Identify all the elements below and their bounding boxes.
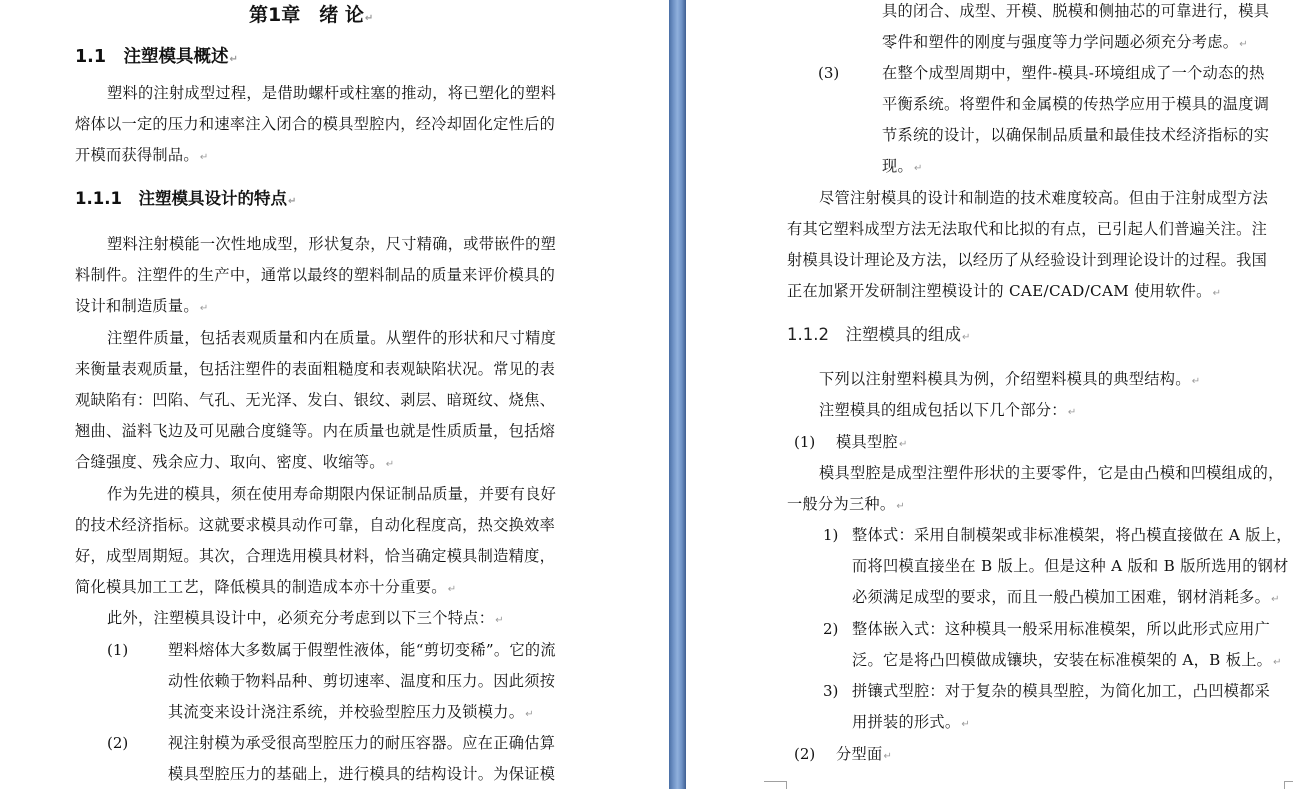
list-item-line: 现。↵ [882, 156, 923, 179]
list-item-line: 其流变来设计浇注系统，并校验型腔压力及锁模力。↵ [168, 702, 534, 725]
paragraph-line: 正在加紧开发研制注塑模设计的 CAE/CAD/CAM 使用软件。↵ [787, 281, 1221, 304]
margin-crop-mark [1284, 781, 1293, 789]
part-number: (1) [794, 432, 815, 452]
paragraph-line: 射模具设计理论及方法，以经历了从经验设计到理论设计的过程。我国 [787, 250, 1267, 270]
paragraph-line: 好，成型周期短。其次，合理选用模具材料，恰当确定模具制造精度， [75, 546, 555, 566]
paragraph-line: 翘曲、溢料飞边及可见融合度缝等。内在质量也就是性质质量，包括熔 [75, 421, 555, 441]
paragraph-line: 塑料的注射成型过程，是借助螺杆或柱塞的推动，将已塑化的塑料 [107, 83, 556, 103]
section-heading-1-1: 1.1 注塑模具概述↵ [75, 46, 238, 71]
document-page-right[interactable]: 具的闭合、成型、开模、脱模和侧抽芯的可靠进行，模具 零件和塑件的刚度与强度等力学… [686, 0, 1293, 789]
list-item-line: 动性依赖于物料品种、剪切速率、温度和压力。因此须按 [168, 671, 555, 691]
paragraph-line: 塑料注射模能一次性地成型，形状复杂，尺寸精确，或带嵌件的塑 [107, 234, 556, 254]
sub-list-line: 整体式：采用自制模架或非标准模架，将凸模直接做在 A 版上， [852, 525, 1292, 545]
section-heading-1-1-2: 1.1.2 注塑模具的组成↵ [787, 324, 970, 349]
list-item-line: 平衡系统。将塑件和金属模的传热学应用于模具的温度调 [882, 94, 1269, 114]
paragraph-line: 合缝强度、残余应力、取向、密度、收缩等。↵ [75, 452, 394, 475]
paragraph-line: 注塑件质量，包括表观质量和内在质量。从塑件的形状和尺寸精度 [107, 328, 556, 348]
chapter-title: 第1章 绪 论↵ [249, 3, 373, 31]
list-item-line: 零件和塑件的刚度与强度等力学问题必须充分考虑。↵ [882, 32, 1248, 55]
list-item-line: 塑料熔体大多数属于假塑性液体，能“剪切变稀”。它的流 [168, 640, 556, 660]
list-item-line: 具的闭合、成型、开模、脱模和侧抽芯的可靠进行，模具 [882, 1, 1269, 21]
part-title: 模具型腔↵ [836, 432, 908, 455]
list-number: (2) [107, 733, 128, 753]
list-item-line: 在整个成型周期中，塑件-模具-环境组成了一个动态的热 [882, 63, 1265, 83]
sub-list-number: 2) [823, 619, 838, 639]
sub-list-line: 必须满足成型的要求，而且一般凸模加工困难，钢材消耗多。↵ [852, 587, 1280, 610]
sub-list-number: 3) [823, 681, 838, 701]
list-item-line: 视注射模为承受很高型腔压力的耐压容器。应在正确估算 [168, 733, 555, 753]
paragraph-line: 设计和制造质量。↵ [75, 296, 209, 319]
paragraph-line: 料制件。注塑件的生产中，通常以最终的塑料制品的质量来评价模具的 [75, 265, 555, 285]
paragraph-line: 下列以注射塑料模具为例，介绍塑料模具的典型结构。↵ [819, 369, 1200, 392]
part-number: (2) [794, 744, 815, 764]
list-number: (1) [107, 640, 128, 660]
margin-crop-mark [764, 781, 787, 789]
paragraph-line: 熔体以一定的压力和速率注入闭合的模具型腔内，经冷却固化定性后的 [75, 114, 555, 134]
section-heading-1-1-1: 1.1.1 注塑模具设计的特点↵ [75, 188, 296, 213]
sub-list-line: 而将凹模直接坐在 B 版上。但是这种 A 版和 B 版所选用的钢材 [852, 556, 1289, 576]
list-number: (3) [818, 63, 839, 83]
sub-list-line: 整体嵌入式：这种模具一般采用标准模架，所以此形式应用广 [852, 619, 1270, 639]
sub-list-number: 1) [823, 525, 838, 545]
sub-list-line: 拼镶式型腔：对于复杂的模具型腔，为简化加工，凸凹模都采 [852, 681, 1270, 701]
sub-list-line: 泛。它是将凸凹模做成镶块，安装在标准模架的 A，B 板上。↵ [852, 650, 1282, 673]
part-title: 分型面↵ [836, 744, 892, 767]
paragraph-line: 此外，注塑模具设计中，必须充分考虑到以下三个特点：↵ [107, 608, 504, 631]
paragraph-line: 开模而获得制品。↵ [75, 145, 209, 168]
paragraph-line: 观缺陷有：凹陷、气孔、无光泽、发白、银纹、剥层、暗斑纹、烧焦、 [75, 390, 555, 410]
paragraph-line: 尽管注射模具的设计和制造的技术难度较高。但由于注射成型方法 [819, 188, 1268, 208]
sub-list-line: 用拼装的形式。↵ [852, 712, 970, 735]
document-page-left[interactable]: 第1章 绪 论↵ 1.1 注塑模具概述↵ 塑料的注射成型过程，是借助螺杆或柱塞的… [0, 0, 669, 789]
paragraph-line: 来衡量表观质量，包括注塑件的表面粗糙度和表观缺陷状况。常见的表 [75, 359, 555, 379]
paragraph-line: 简化模具加工工艺，降低模具的制造成本亦十分重要。↵ [75, 577, 456, 600]
paragraph-line: 模具型腔是成型注塑件形状的主要零件，它是由凸模和凹模组成的， [819, 463, 1284, 483]
paragraph-line: 一般分为三种。↵ [787, 494, 905, 517]
paragraph-line: 注塑模具的组成包括以下几个部分：↵ [819, 400, 1077, 423]
paragraph-line: 的技术经济指标。这就要求模具动作可靠，自动化程度高，热交换效率 [75, 515, 555, 535]
list-item-line: 节系统的设计，以确保制品质量和最佳技术经济指标的实 [882, 125, 1269, 145]
list-item-line: 模具型腔压力的基础上，进行模具的结构设计。为保证模 [168, 764, 555, 784]
paragraph-line: 作为先进的模具，须在使用寿命期限内保证制品质量，并要有良好 [107, 484, 556, 504]
paragraph-line: 有其它塑料成型方法无法取代和比拟的有点，已引起人们普遍关注。注 [787, 219, 1267, 239]
page-divider [669, 0, 686, 789]
